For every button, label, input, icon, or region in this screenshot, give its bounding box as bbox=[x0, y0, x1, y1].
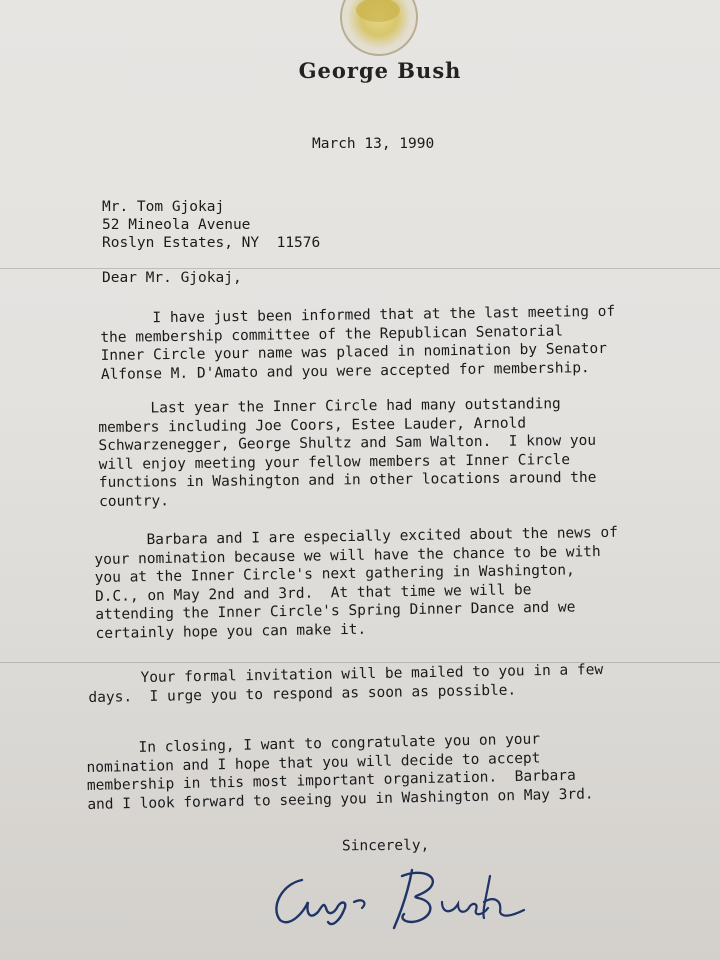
salutation: Dear Mr. Gjokaj, bbox=[102, 270, 242, 286]
fold-line bbox=[0, 268, 720, 269]
paragraph-members: Last year the Inner Circle had many outs… bbox=[98, 395, 597, 512]
recipient-address: Mr. Tom Gjokaj 52 Mineola Avenue Roslyn … bbox=[102, 198, 320, 252]
paragraph-invitation: Your formal invitation will be mailed to… bbox=[88, 661, 604, 707]
letterhead-name: George Bush bbox=[0, 58, 720, 83]
paragraph-gathering: Barbara and I are especially excited abo… bbox=[94, 524, 619, 644]
presidential-seal-icon bbox=[340, 0, 418, 56]
fold-line bbox=[0, 662, 720, 663]
recipient-street: 52 Mineola Avenue bbox=[102, 216, 320, 234]
closing: Sincerely, bbox=[342, 838, 429, 855]
signature-icon bbox=[262, 862, 532, 932]
letter-date: March 13, 1990 bbox=[312, 136, 434, 152]
recipient-city: Roslyn Estates, NY 11576 bbox=[102, 234, 320, 252]
paragraph-nomination: I have just been informed that at the la… bbox=[100, 303, 616, 385]
letter-page: George Bush March 13, 1990 Mr. Tom Gjoka… bbox=[0, 0, 720, 960]
recipient-name: Mr. Tom Gjokaj bbox=[102, 198, 320, 216]
paragraph-closing: In closing, I want to congratulate you o… bbox=[86, 729, 594, 814]
